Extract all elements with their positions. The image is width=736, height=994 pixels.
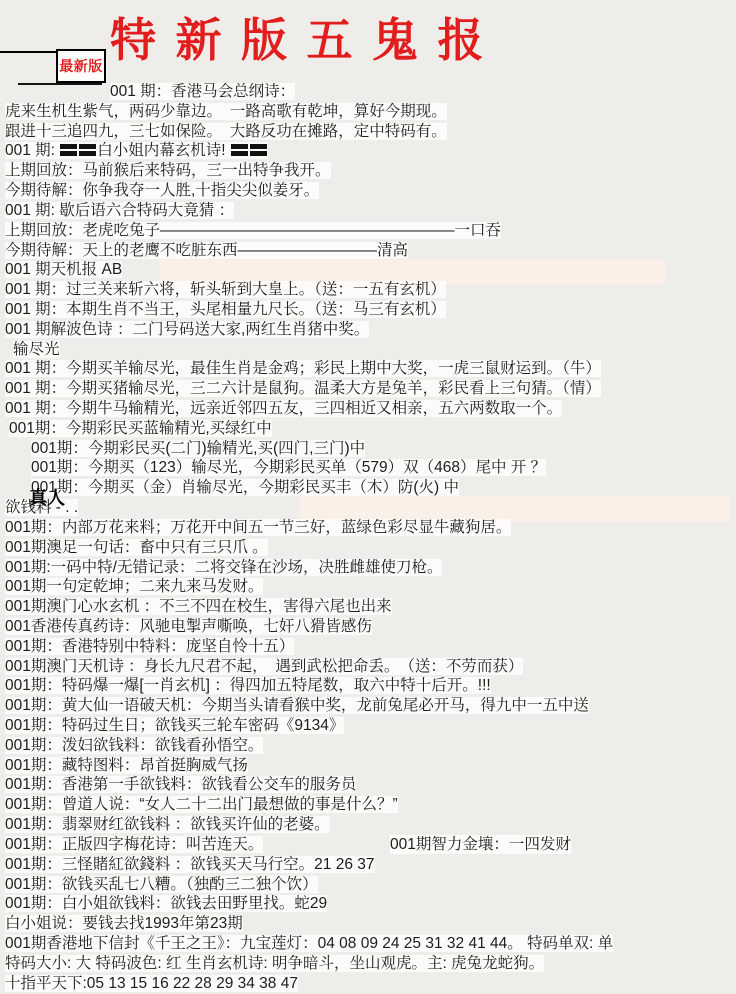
edition-badge: 最新版 — [56, 49, 106, 83]
text-line: 虎来生机生紫气，两码少靠边。 一路高歌有乾坤，算好今期现。 — [5, 102, 736, 122]
text-line: 001 期: 白小姐内幕玄机诗! — [5, 141, 736, 161]
text-line: 跟进十三追四九，三七如保险。 大路反功在摊路，定中特码有。 — [5, 122, 736, 142]
line-text: 上期回放：马前猴后来特码，三一出特争我开。 — [5, 162, 331, 179]
text-line: 上期回放：马前猴后来特码，三一出特争我开。 — [5, 161, 736, 181]
line-text: 特码大小: 大 特码波色: 红 生肖玄机诗: 明争暗斗，坐山观虎。主: 虎兔龙蛇… — [5, 955, 544, 972]
line-text: 001 期天机报 AB — [5, 261, 122, 278]
line-text: 跟进十三追四九，三七如保险。 大路反功在摊路，定中特码有。 — [5, 123, 447, 140]
text-line: 001期一句定乾坤；二来九来马发财。 — [5, 577, 736, 597]
line-text: 001期：泼妇欲钱料：欲钱看孙悟空。 — [5, 737, 263, 754]
line-text: 001 期：今期牛马输精光，远亲近邻四五友，三四相近又相亲，五六两数取一个。 — [5, 400, 562, 417]
text-line: 今期待解：天上的老鹰不吃脏东西—————————清高 — [5, 241, 736, 261]
line-text-right: 001期智力金壤：一四发财 — [390, 835, 571, 855]
text-line: 001期：特码爆一爆[一肖玄机] ：得四加五特尾数，取六中特十后开。!!! — [5, 676, 736, 696]
text-line: 001期澳门天机诗 ：身长九尺君不起， 遇到武松把命丢。 （送：不劳而获） — [5, 657, 736, 677]
text-line: 001期澳足一句话：畜中只有三只爪 。 — [5, 538, 736, 558]
line-text: 白小姐说：要钱去找1993年第23期 — [5, 915, 243, 932]
masthead: 最新版 特 新 版 五 鬼 报 — [0, 0, 736, 82]
line-text: 001 期: 白小姐内幕玄机诗! — [5, 142, 268, 159]
line-text: 001期：香港第一手欲钱料：欲钱看公交车的服务员 — [5, 776, 356, 793]
black-bars-icon — [231, 144, 248, 156]
black-bars-icon — [79, 144, 96, 156]
line-text: 001期：今期彩民买(二门)输精光,买(四门,三门)中 — [31, 440, 365, 457]
text-line: 001期：正版四字梅花诗：叫苦连天。001期智力金壤：一四发财 — [5, 835, 736, 855]
report-body: 001 期：香港马会总纲诗：虎来生机生紫气，两码少靠边。 一路高歌有乾坤，算好今… — [5, 82, 736, 993]
page-title: 特 新 版 五 鬼 报 — [110, 18, 488, 64]
line-text: 001期：特码爆一爆[一肖玄机] ：得四加五特尾数，取六中特十后开。!!! — [5, 677, 491, 694]
line-text: 001期：特码过生日；欲钱买三轮车密码《9134》 — [5, 717, 344, 734]
text-line: 001期：今期彩民买蓝输精光,买绿红中 — [5, 419, 736, 439]
black-bars-icon — [250, 144, 267, 156]
text-line: 001期：香港特别中特料：庞坚自怜十五） — [5, 637, 736, 657]
line-text: 今期待解：天上的老鹰不吃脏东西—————————清高 — [5, 242, 408, 259]
line-text: 001 期解波色诗 ：二门号码送大家,两红生肖猪中奖。 — [5, 321, 369, 338]
line-text: 001 期：过三关来斩六将，斩头斩到大皇上。（送：一五有玄机） — [5, 281, 446, 298]
line-text: 001期：藏特图料：昂首挺胸威气扬 — [5, 757, 248, 774]
line-text: 今期待解：你争我夺一人胜,十指尖尖似姜牙。 — [5, 182, 319, 199]
text-line: 十指平天下:05 13 15 16 22 28 29 34 38 47 — [5, 974, 736, 994]
line-text: 001期澳门天机诗 ：身长九尺君不起， 遇到武松把命丢。 （送：不劳而获） — [5, 658, 523, 675]
line-text: 001期澳门心水玄机 ：不三不四在校生，害得六尾也出来 — [5, 598, 392, 615]
black-bars-icon — [60, 144, 77, 156]
text-line: 001期：藏特图料：昂首挺胸威气扬 — [5, 756, 736, 776]
text-line: 001 期：香港马会总纲诗： — [5, 82, 736, 102]
text-line: 001期：三怪賭紅欲錢料 ：欲钱买天马行空。21 26 37 — [5, 855, 736, 875]
text-line: 上期回放：老虎吃兔子———————————————————一口吞 — [5, 221, 736, 241]
text-line: 001期：特码过生日；欲钱买三轮车密码《9134》 — [5, 716, 736, 736]
text-line: 001期：白小姐欲钱料：欲钱去田野里找。蛇29 — [5, 894, 736, 914]
line-text: 001期一句定乾坤；二来九来马发财。 — [5, 578, 263, 595]
line-text: 001期：欲钱买乱七八糟。（独酌三二独个饮） — [5, 876, 318, 893]
line-text: 001期：今期买（123）输尽光，今期彩民买单（579）双（468）尾中 开 ？ — [31, 459, 546, 476]
text-line: 001 期天机报 AB — [5, 260, 736, 280]
badge-underline — [18, 83, 102, 85]
text-line: 001期：黄大仙一语破天机：今期当头请看猴中奖，龙前兔尾必开马，得九中一五中送 — [5, 696, 736, 716]
text-line: 001期：翡翠财红欲钱料 ：欲钱买许仙的老婆。 — [5, 815, 736, 835]
line-text: 001期：三怪賭紅欲錢料 ：欲钱买天马行空。21 26 37 — [5, 856, 375, 873]
text-line: 001期香港地下信封《千王之王》：九宝莲灯：04 08 09 24 25 31 … — [5, 934, 736, 954]
text-line: 001期：香港第一手欲钱料：欲钱看公交车的服务员 — [5, 775, 736, 795]
line-text: 十指平天下:05 13 15 16 22 28 29 34 38 47 — [5, 975, 298, 992]
text-line: 001 期：今期牛马输精光，远亲近邻四五友，三四相近又相亲，五六两数取一个。 — [5, 399, 736, 419]
line-text: 虎来生机生紫气，两码少靠边。 一路高歌有乾坤，算好今期现。 — [5, 103, 447, 120]
text-line: 001期：今期彩民买(二门)输精光,买(四门,三门)中 — [5, 439, 736, 459]
text-line: 001期：内部万花来料；万花开中间五一节三好，蓝绿色彩尽显牛藏狗居。 — [5, 518, 736, 538]
text-line: 001期澳门心水玄机 ：不三不四在校生，害得六尾也出来 — [5, 597, 736, 617]
badge-rule-line — [0, 51, 58, 53]
text-line: 001期：曾道人说：“女人二十二出门最想做的事是什么？” — [5, 795, 736, 815]
line-text: 001 期：香港马会总纲诗： — [110, 83, 295, 100]
line-text: 001 期：今期买羊输尽光，最佳生肖是金鸡；彩民上期中大奖，一虎三鼠财运到。（牛… — [5, 360, 601, 377]
text-line: 001期：今期买（金）肖输尽光，今期彩民买丰（木）防(火) 中 — [5, 478, 736, 498]
line-text: 001期：今期买（金）肖输尽光，今期彩民买丰（木）防(火) 中 — [31, 479, 459, 496]
line-text: 输尽光 — [13, 341, 60, 358]
line-text: 001期：今期彩民买蓝输精光,买绿红中 — [9, 420, 272, 437]
text-line: 白小姐说：要钱去找1993年第23期 — [5, 914, 736, 934]
text-line: 001 期：过三关来斩六将，斩头斩到大皇上。（送：一五有玄机） — [5, 280, 736, 300]
line-text: 001 期: 歇后语六合特码大竟猜 ： — [5, 202, 234, 219]
overprint-text: 真人 — [29, 489, 65, 509]
text-line: 欲钱料 - . .真人 — [5, 498, 736, 518]
line-text: 001香港传真药诗：风驰电掣声嘶唤，七奸八猾皆感伤 — [5, 618, 372, 635]
text-line: 001期：泼妇欲钱料：欲钱看孙悟空。 — [5, 736, 736, 756]
text-line: 001 期：本期生肖不当王，头尾相量九尺长。（送：马三有玄机） — [5, 300, 736, 320]
line-text: 001期澳足一句话：畜中只有三只爪 。 — [5, 539, 268, 556]
text-line: 001香港传真药诗：风驰电掣声嘶唤，七奸八猾皆感伤 — [5, 617, 736, 637]
line-text: 001期：香港特别中特料：庞坚自怜十五） — [5, 638, 294, 655]
line-text: 001期香港地下信封《千王之王》：九宝莲灯：04 08 09 24 25 31 … — [5, 935, 613, 952]
line-text: 001 期：本期生肖不当王，头尾相量九尺长。（送：马三有玄机） — [5, 301, 446, 318]
line-text: 001期：黄大仙一语破天机：今期当头请看猴中奖，龙前兔尾必开马，得九中一五中送 — [5, 697, 589, 714]
edition-badge-label: 最新版 — [59, 56, 103, 76]
line-text: 上期回放：老虎吃兔子———————————————————一口吞 — [5, 222, 501, 239]
text-line: 001期:一码中特/无错记录：二将交锋在沙场，决胜雌雄使刀枪。 — [5, 558, 736, 578]
line-text: 001期：翡翠财红欲钱料 ：欲钱买许仙的老婆。 — [5, 816, 330, 833]
line-text: 001期：曾道人说：“女人二十二出门最想做的事是什么？” — [5, 796, 398, 813]
line-text: 001期：正版四字梅花诗：叫苦连天。 — [5, 836, 263, 853]
line-text: 001期：白小姐欲钱料：欲钱去田野里找。蛇29 — [5, 895, 327, 912]
text-line: 特码大小: 大 特码波色: 红 生肖玄机诗: 明争暗斗，坐山观虎。主: 虎兔龙蛇… — [5, 954, 736, 974]
text-line: 001 期：今期买羊输尽光，最佳生肖是金鸡；彩民上期中大奖，一虎三鼠财运到。（牛… — [5, 359, 736, 379]
text-line: 001期：今期买（123）输尽光，今期彩民买单（579）双（468）尾中 开 ？ — [5, 458, 736, 478]
text-line: 001 期解波色诗 ：二门号码送大家,两红生肖猪中奖。 — [5, 320, 736, 340]
text-line: 今期待解：你争我夺一人胜,十指尖尖似姜牙。 — [5, 181, 736, 201]
text-line: 输尽光 — [5, 340, 736, 360]
line-text: 001期：内部万花来料；万花开中间五一节三好，蓝绿色彩尽显牛藏狗居。 — [5, 519, 511, 536]
text-line: 001 期：今期买猪输尽光，三二六计是鼠狗。温柔大方是兔羊，彩民看上三句猜。（情… — [5, 379, 736, 399]
line-text: 001 期：今期买猪输尽光，三二六计是鼠狗。温柔大方是兔羊，彩民看上三句猜。（情… — [5, 380, 601, 397]
text-line: 001期：欲钱买乱七八糟。（独酌三二独个饮） — [5, 875, 736, 895]
text-line: 001 期: 歇后语六合特码大竟猜 ： — [5, 201, 736, 221]
line-text: 001期:一码中特/无错记录：二将交锋在沙场，决胜雌雄使刀枪。 — [5, 559, 442, 576]
